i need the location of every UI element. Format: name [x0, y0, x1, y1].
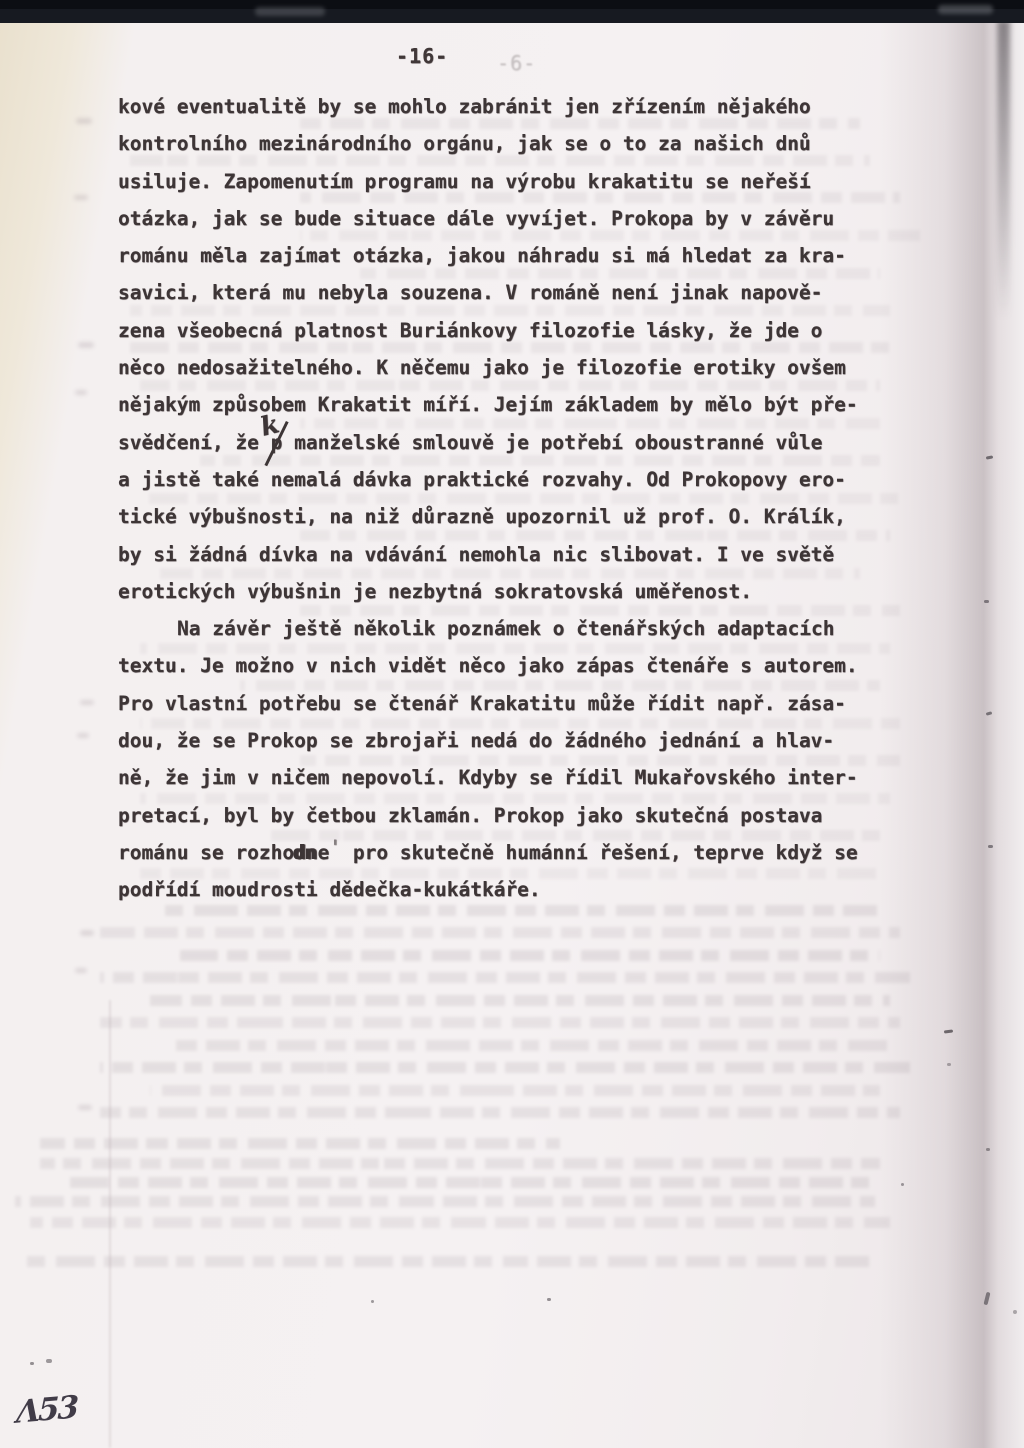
typed-line: pretací, byl by četbou zklamán. Prokop j… — [118, 797, 898, 834]
bleedthrough-line — [40, 1138, 560, 1149]
typed-line: svědčení, že pk manželské smlouvě je pot… — [118, 424, 898, 461]
ink-speck — [371, 1300, 374, 1303]
bleedthrough-line — [150, 995, 890, 1006]
typed-text: erotických výbušnin je nezbytná sokratov… — [118, 580, 752, 603]
margin-smudge — [75, 390, 87, 395]
scan-bar-smudge — [255, 7, 325, 16]
typed-text: pretací, byl by četbou zklamán. Prokop j… — [118, 804, 822, 827]
typed-text: manželské smlouvě je potřebí oboustranné… — [282, 431, 822, 454]
margin-smudge — [74, 195, 88, 200]
scan-bar-smudge — [938, 5, 993, 14]
ink-speck — [547, 1298, 551, 1301]
typed-line: kontrolního mezinárodního orgánu, jak se… — [118, 125, 898, 162]
bleedthrough-line — [30, 1217, 890, 1228]
ink-speck — [1013, 1310, 1017, 1314]
page-number: -16- — [396, 44, 448, 68]
typed-text: Na závěr ještě několik poznámek o čtenář… — [177, 617, 834, 640]
typed-text: Pro vlastní potřebu se čtenář Krakatitu … — [118, 692, 846, 715]
typed-text: něco nedosažitelného. K něčemu jako je f… — [118, 356, 846, 379]
typed-text: svědčení, že — [118, 431, 271, 454]
typed-text: nějakým způsobem Krakatit míří. Jejím zá… — [118, 393, 858, 416]
bleedthrough-line — [170, 1040, 890, 1051]
typed-line: otázka, jak se bude situace dále vyvíjet… — [118, 200, 898, 237]
typed-correction-faint: ' — [329, 836, 341, 859]
margin-smudge — [78, 342, 94, 348]
typed-text: by si žádná dívka na vdávání nemohla nic… — [118, 543, 834, 566]
bleedthrough-line — [150, 1085, 880, 1096]
typed-line: savici, která mu nebyla souzena. V román… — [118, 274, 898, 311]
page-number-ghost: -6- — [497, 51, 536, 75]
typed-text: e — [318, 841, 330, 864]
bleedthrough-line — [100, 1107, 900, 1118]
margin-smudge — [80, 700, 94, 705]
bleedthrough-line — [15, 1196, 875, 1207]
bleedthrough-line — [100, 972, 910, 983]
margin-smudge — [75, 968, 87, 973]
margin-smudge — [80, 930, 94, 936]
typed-text: pro skutečně humánní řešení, teprve když… — [341, 841, 858, 864]
typed-text: románu měla zajímat otázka, jakou náhrad… — [118, 244, 846, 267]
typed-text: savici, která mu nebyla souzena. V román… — [118, 281, 822, 304]
typed-text: podřídí moudrosti dědečka-kukátkáře. — [118, 878, 541, 901]
ink-speck — [984, 600, 989, 603]
typed-line: románu měla zajímat otázka, jakou náhrad… — [118, 237, 898, 274]
typed-line: tické výbušnosti, na niž důrazně upozorn… — [118, 498, 898, 535]
typed-text: otázka, jak se bude situace dále vyvíjet… — [118, 207, 834, 230]
typed-line: textu. Je možno v nich vidět něco jako z… — [118, 647, 898, 684]
page-edge-shadow — [997, 20, 1010, 320]
bleedthrough-line — [180, 950, 880, 961]
typed-line: dou, že se Prokop se zbrojaři nedá do žá… — [118, 722, 898, 759]
typed-text: dou, že se Prokop se zbrojaři nedá do žá… — [118, 729, 834, 752]
typed-correction-overtype: dn — [294, 841, 317, 864]
scanned-document-page: -16- -6- kové eventualitě by se mohlo za… — [0, 0, 1024, 1448]
ink-speck — [46, 1359, 52, 1363]
scan-edge-bar — [0, 0, 1024, 23]
typed-line: románu se rozhodne' pro skutečně humánní… — [118, 834, 898, 871]
typed-line: Pro vlastní potřebu se čtenář Krakatitu … — [118, 685, 898, 722]
typed-text: usiluje. Zapomenutím programu na výrobu … — [118, 170, 811, 193]
ink-speck — [947, 1063, 951, 1066]
typed-line: a jistě také nemalá dávka praktické rozv… — [118, 461, 898, 498]
typed-text: textu. Je možno v nich vidět něco jako z… — [118, 654, 858, 677]
typed-text: kontrolního mezinárodního orgánu, jak se… — [118, 132, 811, 155]
typed-line: erotických výbušnin je nezbytná sokratov… — [118, 573, 898, 610]
typed-text: kové eventualitě by se mohlo zabránit je… — [118, 95, 811, 118]
typed-text: a jistě také nemalá dávka praktické rozv… — [118, 468, 846, 491]
typed-text: tické výbušnosti, na niž důrazně upozorn… — [118, 505, 846, 528]
ink-speck — [986, 1148, 990, 1151]
margin-smudge — [77, 733, 89, 738]
margin-smudge — [78, 1105, 92, 1110]
typed-line: ně, že jim v ničem nepovolí. Kdyby se ří… — [118, 759, 898, 796]
bleedthrough-line — [100, 1017, 900, 1028]
bleedthrough-line — [25, 1256, 875, 1267]
bleedthrough-line — [40, 1158, 880, 1169]
typed-line: by si žádná dívka na vdávání nemohla nic… — [118, 536, 898, 573]
typed-line: něco nedosažitelného. K něčemu jako je f… — [118, 349, 898, 386]
typed-line: zena všeobecná platnost Buriánkovy filoz… — [118, 312, 898, 349]
typed-line: Na závěr ještě několik poznámek o čtenář… — [118, 610, 898, 647]
bleedthrough-line — [100, 1062, 910, 1073]
ink-speck — [30, 1362, 34, 1365]
typed-line: podřídí moudrosti dědečka-kukátkáře. — [118, 871, 898, 908]
ink-speck — [901, 1183, 904, 1186]
bleedthrough-line — [100, 927, 900, 938]
typed-text: ně, že jim v ničem nepovolí. Kdyby se ří… — [118, 766, 858, 789]
margin-smudge — [76, 118, 92, 124]
typed-text-block: kové eventualitě by se mohlo zabránit je… — [118, 88, 898, 909]
handwritten-corner-mark: Λ53 — [16, 1389, 78, 1431]
bleedthrough-line — [70, 1177, 880, 1188]
typed-line: usiluje. Zapomenutím programu na výrobu … — [118, 163, 898, 200]
typed-line: nějakým způsobem Krakatit míří. Jejím zá… — [118, 386, 898, 423]
typed-line: kové eventualitě by se mohlo zabránit je… — [118, 88, 898, 125]
ink-speck — [988, 845, 993, 848]
typed-text: románu se rozho — [118, 841, 294, 864]
typed-text: zena všeobecná platnost Buriánkovy filoz… — [118, 319, 822, 342]
